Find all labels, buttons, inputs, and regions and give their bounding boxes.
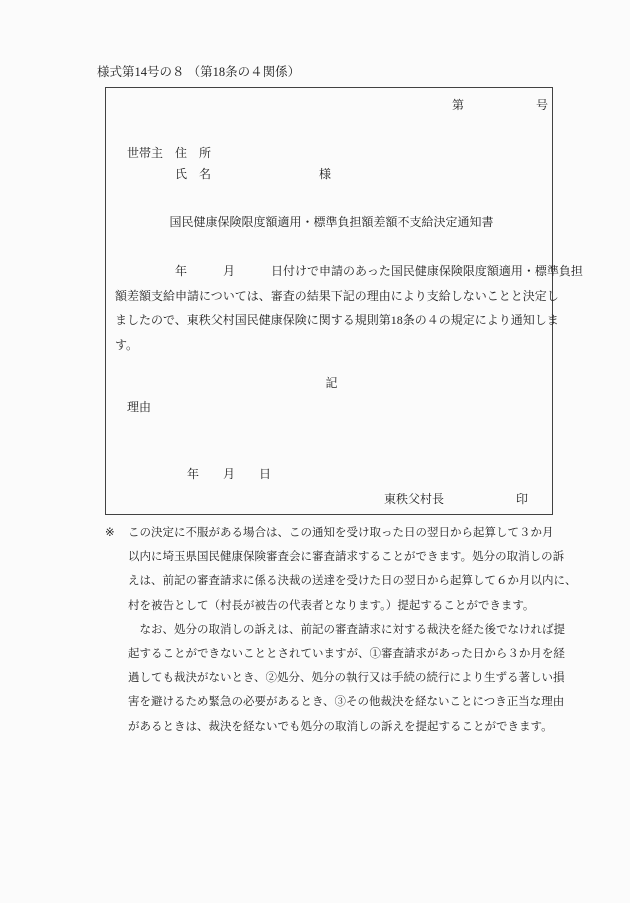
document-page: 様式第14号の８ （第18条の４関係） 第 号 世帯主 住 所 氏 名 様 国民… <box>0 0 630 903</box>
notice-body-line: ましたので、東秩父村国民健康保険に関する規則第18条の４の規定により通知しま <box>115 308 548 333</box>
notice-body-line: 額差額支給申請については、審査の結果下記の理由により支給しないことと決定し <box>115 284 548 309</box>
appeal-note: ※ この決定に不服がある場合は、この通知を受け取った日の翌日から起算して３か月 … <box>105 521 565 739</box>
ki-heading: 記 <box>115 375 548 392</box>
date-line: 年 月 日 <box>115 466 548 483</box>
note-marker: ※ <box>105 521 115 545</box>
householder-address-line: 世帯主 住 所 <box>115 145 548 162</box>
form-number-label: 様式第14号の８ （第18条の４関係） <box>97 62 300 80</box>
note-line: えは、前記の審査請求に係る決裁の送達を受けた日の翌日から起算して６か月以内に、 <box>128 569 565 593</box>
note-line: 村を被告として（村長が被告の代表者となります。）提起することができます。 <box>128 594 565 618</box>
notice-box: 第 号 世帯主 住 所 氏 名 様 国民健康保険限度額適用・標準負担額差額不支給… <box>105 87 553 515</box>
reason-label: 理由 <box>115 399 548 416</box>
note-line: があるときは、裁決を経ないでも処分の取消しの訴えを提起することができます。 <box>128 715 565 739</box>
note-line: 過しても裁決がないとき、②処分、処分の執行又は手続の続行により生ずる著しい損 <box>128 666 565 690</box>
notice-body-line: 年 月 日付けで申請のあった国民健康保険限度額適用・標準負担 <box>115 259 548 284</box>
householder-name-line: 氏 名 様 <box>115 166 548 183</box>
notice-body: 年 月 日付けで申請のあった国民健康保険限度額適用・標準負担 額差額支給申請につ… <box>115 259 548 358</box>
note-line: なお、処分の取消しの訴えは、前記の審査請求に対する裁決を経た後でなければ提 <box>128 618 565 642</box>
note-line: 以内に埼玉県国民健康保険審査会に審査請求することができます。処分の取消しの訴 <box>128 545 565 569</box>
notice-title: 国民健康保険限度額適用・標準負担額差額不支給決定通知書 <box>115 214 548 231</box>
notice-body-line: す。 <box>115 333 548 358</box>
note-line: 害を避けるため緊急の必要があるとき、③その他裁決を経ないことにつき正当な理由 <box>128 690 565 714</box>
note-line: 起することができないこととされていますが、①審査請求があった日から３か月を経 <box>128 642 565 666</box>
doc-number-line: 第 号 <box>115 97 548 114</box>
note-line: この決定に不服がある場合は、この通知を受け取った日の翌日から起算して３か月 <box>128 521 565 545</box>
signer-line: 東秩父村長 印 <box>115 491 548 508</box>
